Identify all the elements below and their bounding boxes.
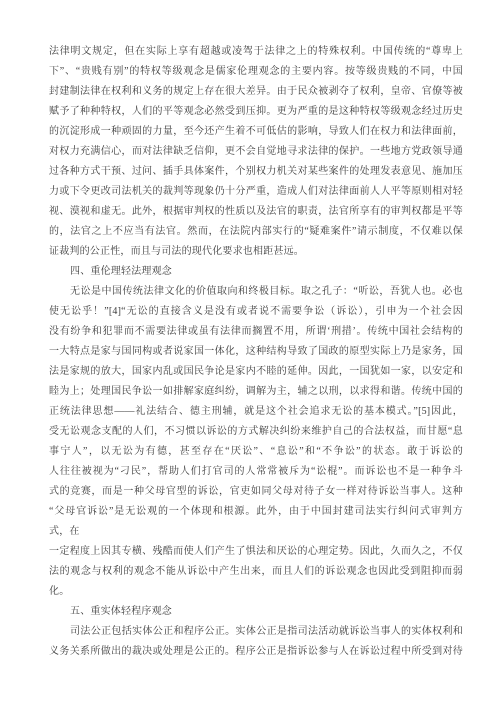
- text-line: 式的竞赛，而是一种父母官型的诉讼，官吏如同父母对待子女一样对待诉讼当事人。这种: [49, 482, 463, 502]
- text-line: 睦为上；处理国民争讼一如排解家庭纠纷，调解为主，辅之以刑，以求得和谐。传统中国的: [49, 382, 463, 402]
- text-line: 式，在: [49, 522, 463, 542]
- text-line: 人往往被视为“刁民”，帮助人们打官司的人常常被斥为“讼棍”。而诉讼也不是一种争斗: [49, 462, 463, 482]
- text-line: 正统法律思想——礼法结合、德主刑辅，就是这个社会追求无讼的基本模式。”[5]因此…: [49, 402, 463, 422]
- text-line: 证裁判的公正性，而且与司法的现代化要求也相距甚远。: [49, 242, 463, 262]
- text-line: 力或下令更改司法机关的裁判等现象仍十分严重，造成人们对法律面前人人平等原则相对轻: [49, 182, 463, 202]
- text-line: 对权力充满信心，而对法律缺乏信仰，更不会自觉地寻求法律的保护。一些地方党政领导通: [49, 142, 463, 162]
- text-line: 无讼是中国传统法律文化的价值取向和终极目标。取之孔子：“听讼，吾犹人也。必也: [49, 282, 463, 302]
- text-line: 一定程度上因其专横、残酷而使人们产生了惧法和厌讼的心理定势。因此，久而久之，不仅: [49, 542, 463, 562]
- section-heading: 四、重伦理轻法理观念: [49, 262, 463, 282]
- document-content: 法律明文规定，但在实际上享有超越或凌驾于法律之上的特殊权利。中国传统的“尊卑上下…: [49, 42, 463, 662]
- text-line: 的，法官之上不应当有法官。然而，在法院内部实行的“疑难案件”请示制度，不仅难以保: [49, 222, 463, 242]
- text-line: 的沉淀形成一种顽固的力量，至今还产生着不可低估的影响，导致人们在权力和法律面前，: [49, 122, 463, 142]
- text-line: 法的观念与权利的观念不能从诉讼中产生出来，而且人们的诉讼观念也因此受到阻抑而弱: [49, 562, 463, 582]
- text-line: 化。: [49, 582, 463, 602]
- text-line: 法律明文规定，但在实际上享有超越或凌驾于法律之上的特殊权利。中国传统的“尊卑上: [49, 42, 463, 62]
- text-line: 义务关系所做出的裁决或处理是公正的。程序公正是指诉讼参与人在诉讼过程中所受到对待: [49, 642, 463, 662]
- text-line: 事宁人”，以无讼为有德，甚至存在“厌讼”、“息讼”和“不争讼”的状态。敢于诉讼的: [49, 442, 463, 462]
- text-line: 受无讼观念支配的人们，不习惯以诉讼的方式解决纠纷来维护自己的合法权益，而甘愿“息: [49, 422, 463, 442]
- document-page: 法律明文规定，但在实际上享有超越或凌驾于法律之上的特殊权利。中国传统的“尊卑上下…: [0, 0, 500, 707]
- text-line: 封建制法律在权利和义务的规定上存在很大差异。由于民众被剥夺了权利，皇帝、官僚等被: [49, 82, 463, 102]
- section-heading: 五、重实体轻程序观念: [49, 602, 463, 622]
- text-line: 法是家规的放大，国家内乱或国民争论是家内不睦的延伸。因此，一国犹如一家，以安定和: [49, 362, 463, 382]
- text-line: 使无讼乎！”[4]“无讼的直接含义是没有或者说不需要争讼（诉讼），引申为一个社会…: [49, 302, 463, 322]
- text-line: 司法公正包括实体公正和程序公正。实体公正是指司法活动就诉讼当事人的实体权利和: [49, 622, 463, 642]
- text-line: 视、漠视和虚无。此外，根据审判权的性质以及法官的职责，法官所享有的审判权都是平等: [49, 202, 463, 222]
- text-line: 一大特点是家与国同构或者说家国一体化，这种结构导致了国政的原型实际上乃是家务，国: [49, 342, 463, 362]
- text-line: 赋予了种种特权，人们的平等观念必然受到压抑。更为严重的是这种特权等级观念经过历史: [49, 102, 463, 122]
- text-line: “父母官诉讼”是无讼观的一个体现和根源。此外，由于中国封建司法实行纠问式审判方: [49, 502, 463, 522]
- text-line: 没有纷争和犯罪而不需要法律或虽有法律而搁置不用，所谓‘刑措’。传统中国社会结构的: [49, 322, 463, 342]
- text-line: 下”、“贵贱有别”的特权等级观念是儒家伦理观念的主要内容。按等级贵贱的不同，中国: [49, 62, 463, 82]
- text-line: 过各种方式干预、过问、插手具体案件，个别权力机关对某些案件的处理发表意见、施加压: [49, 162, 463, 182]
